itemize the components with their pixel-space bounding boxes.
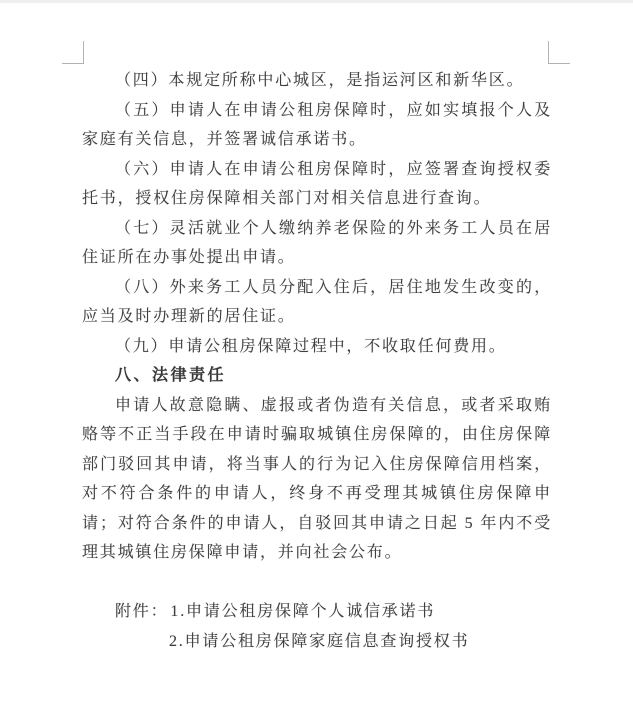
paragraph-item-4: （四）本规定所称中心城区，是指运河区和新华区。 bbox=[82, 66, 552, 96]
paragraph-item-7: （七）灵活就业个人缴纳养老保险的外来务工人员在居住证所在办事处提出申请。 bbox=[82, 214, 552, 273]
page-top-edge-shadow bbox=[0, 0, 633, 3]
attachments-line-1: 附件：1.申请公租房保障个人诚信承诺书 bbox=[82, 597, 552, 627]
paragraph-legal-liability-body: 申请人故意隐瞒、虚报或者伪造有关信息，或者采取贿赂等不正当手段在申请时骗取城镇住… bbox=[82, 391, 552, 568]
attachment-item-2: 2.申请公租房保障家庭信息查询授权书 bbox=[169, 633, 469, 650]
section-heading-legal-liability: 八、法律责任 bbox=[82, 361, 552, 391]
paragraph-item-6: （六）申请人在申请公租房保障时，应签署查询授权委托书，授权住房保障相关部门对相关… bbox=[82, 155, 552, 214]
attachments-line-2: 2.申请公租房保障家庭信息查询授权书 bbox=[82, 627, 552, 657]
paragraph-item-5: （五）申请人在申请公租房保障时，应如实填报个人及家庭有关信息，并签署诚信承诺书。 bbox=[82, 96, 552, 155]
paragraph-item-9: （九）申请公租房保障过程中，不收取任何费用。 bbox=[82, 332, 552, 362]
margin-corner-mark-left bbox=[62, 41, 84, 64]
document-body: （四）本规定所称中心城区，是指运河区和新华区。 （五）申请人在申请公租房保障时，… bbox=[82, 66, 552, 656]
margin-corner-mark-right bbox=[548, 41, 570, 64]
document-page: （四）本规定所称中心城区，是指运河区和新华区。 （五）申请人在申请公租房保障时，… bbox=[0, 0, 633, 706]
attachments-block: 附件：1.申请公租房保障个人诚信承诺书 2.申请公租房保障家庭信息查询授权书 bbox=[82, 597, 552, 656]
paragraph-item-8: （八）外来务工人员分配入住后，居住地发生改变的，应当及时办理新的居住证。 bbox=[82, 273, 552, 332]
attachments-label: 附件： bbox=[115, 603, 170, 620]
attachment-item-1: 1.申请公租房保障个人诚信承诺书 bbox=[170, 603, 435, 620]
